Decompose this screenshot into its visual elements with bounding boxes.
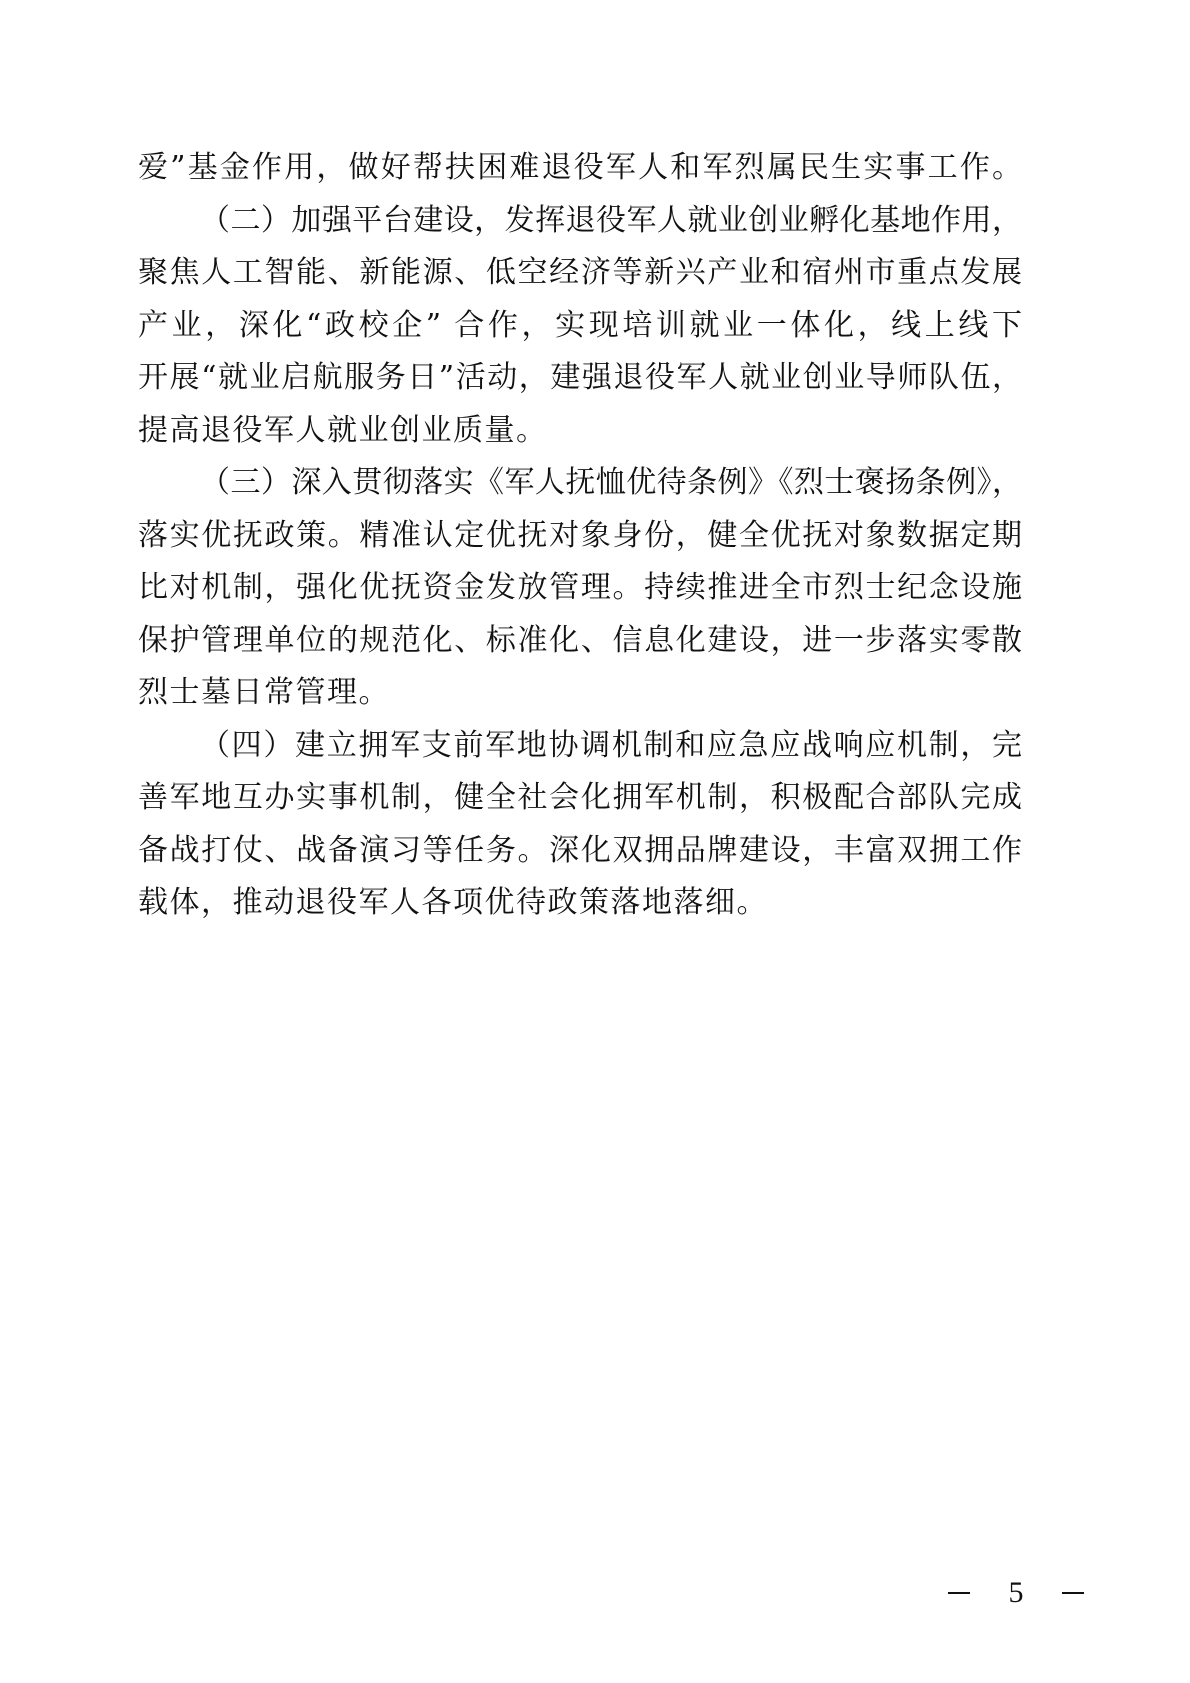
text-line: 提高退役军人就业创业质量。	[138, 409, 1022, 462]
document-page: 爱”基金作用，做好帮扶困难退役军人和军烈属民生实事工作。 （二）加强平台建设，发…	[0, 0, 1190, 1683]
text-line: 开展“就业启航服务日”活动，建强退役军人就业创业导师队伍，	[138, 356, 1022, 409]
dash-right	[1062, 1592, 1084, 1594]
text-line: 比对机制，强化优抚资金发放管理。持续推进全市烈士纪念设施	[138, 566, 1022, 619]
paragraph-heading-line: （三）深入贯彻落实《军人抚恤优待条例》《烈士褒扬条例》，	[138, 461, 1022, 514]
page-number: 5	[948, 1573, 1084, 1613]
text-line: 保护管理单位的规范化、标准化、信息化建设，进一步落实零散	[138, 619, 1022, 672]
text-line: 爱”基金作用，做好帮扶困难退役军人和军烈属民生实事工作。	[138, 146, 1022, 199]
text-line: 产业，深化“政校企” 合作，实现培训就业一体化，线上线下	[138, 304, 1022, 357]
body-text: 爱”基金作用，做好帮扶困难退役军人和军烈属民生实事工作。 （二）加强平台建设，发…	[138, 146, 1022, 934]
text-line: 备战打仗、战备演习等任务。深化双拥品牌建设，丰富双拥工作	[138, 829, 1022, 882]
text-line: 载体，推动退役军人各项优待政策落地落细。	[138, 881, 1022, 934]
text-line: 烈士墓日常管理。	[138, 671, 1022, 724]
text-line: 善军地互办实事机制，健全社会化拥军机制，积极配合部队完成	[138, 776, 1022, 829]
text-line: 落实优抚政策。精准认定优抚对象身份，健全优抚对象数据定期	[138, 514, 1022, 567]
dash-left	[948, 1592, 970, 1594]
page-number-value: 5	[1009, 1576, 1024, 1610]
text-line: 聚焦人工智能、新能源、低空经济等新兴产业和宿州市重点发展	[138, 251, 1022, 304]
paragraph-heading-line: （二）加强平台建设，发挥退役军人就业创业孵化基地作用，	[138, 199, 1022, 252]
paragraph-heading-line: （四）建立拥军支前军地协调机制和应急应战响应机制，完	[138, 724, 1022, 777]
